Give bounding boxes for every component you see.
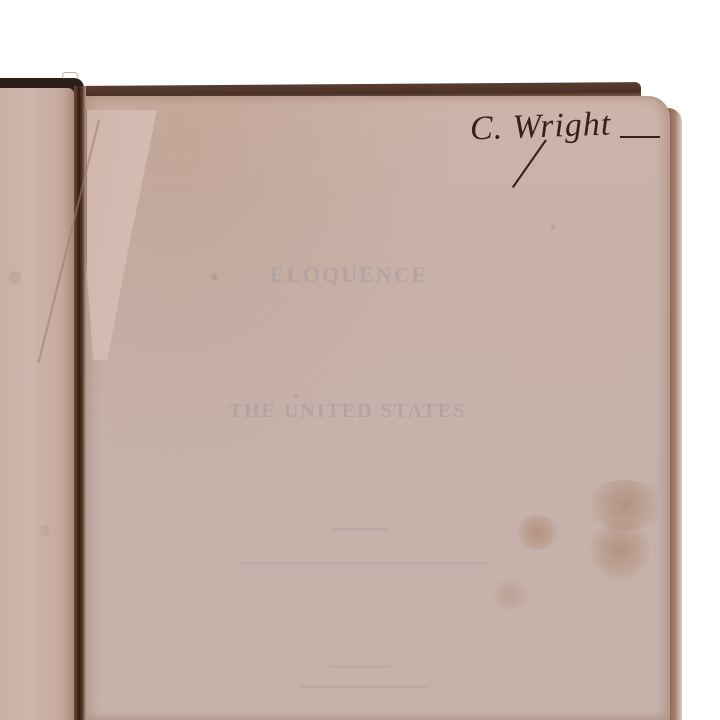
left-endpaper <box>0 88 74 720</box>
title-line-eloquence: ELOQUENCE <box>244 262 454 288</box>
stain-spot <box>515 515 560 550</box>
stain-spot <box>590 520 650 580</box>
signature-dash <box>620 136 660 138</box>
faint-print-line <box>330 528 390 531</box>
title-line-united-states: THE UNITED STATES <box>190 400 505 423</box>
handwritten-signature: C. Wright <box>469 106 611 149</box>
stain-spot <box>490 580 530 610</box>
faint-print-line <box>330 665 390 668</box>
book-photo: ELOQUENCE THE UNITED STATES C. Wright <box>0 0 720 720</box>
faint-print-line <box>300 685 430 688</box>
thread-loop <box>62 72 78 79</box>
faint-print-line <box>240 562 490 565</box>
